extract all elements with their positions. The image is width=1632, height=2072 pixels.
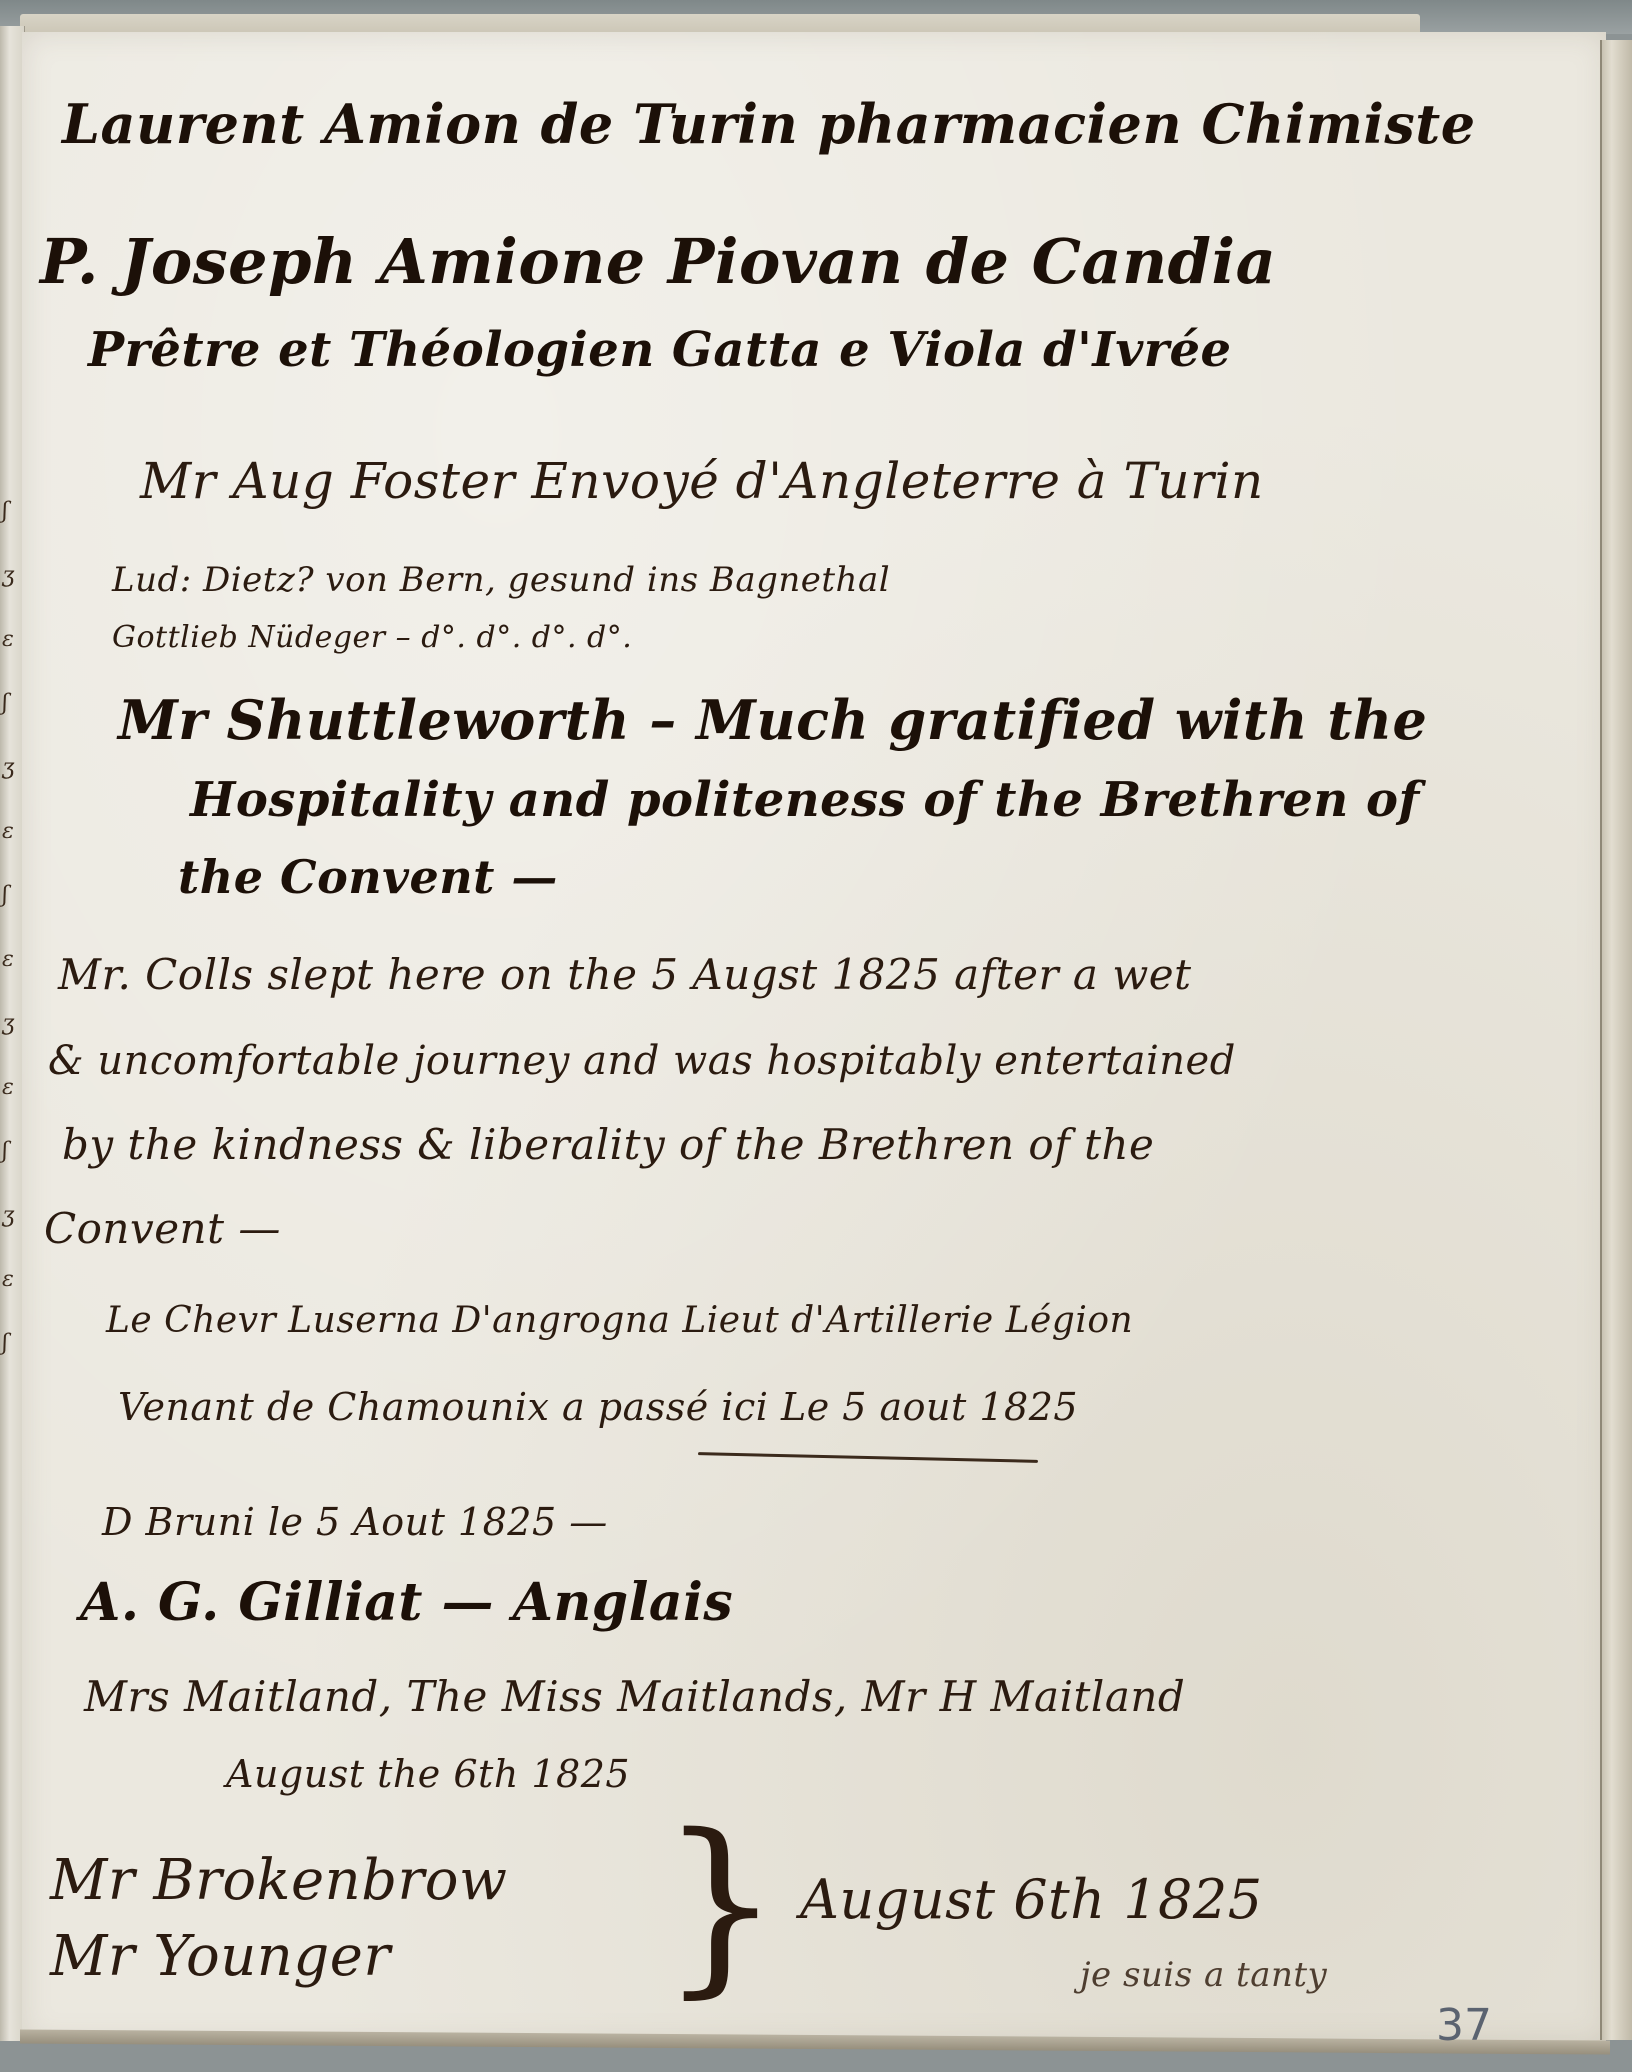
entry-gilliat-line-1: A. G. Gilliat — Anglais [80, 1572, 733, 1633]
entry-colls-line-1: Mr. Colls slept here on the 5 Augst 1825… [58, 950, 1192, 999]
entry-maitland-line-1: Mrs Maitland, The Miss Maitlands, Mr H M… [84, 1672, 1185, 1721]
entry-foster-line-1: Mr Aug Foster Envoyé d'Angleterre à Turi… [140, 452, 1264, 510]
entry-chevalier-line-2: Venant de Chamounix a passé ici Le 5 aou… [118, 1385, 1078, 1429]
entry-maitland-line-2: August the 6th 1825 [226, 1752, 630, 1796]
entry-amione-line-1: P. Joseph Amione Piovan de Candia [40, 225, 1276, 298]
entry-shuttleworth-line-3: the Convent — [178, 850, 558, 904]
entry-chevalier-line-1: Le Chevr Luserna D'angrogna Lieut d'Arti… [106, 1300, 1133, 1341]
entry-brokenbrow-name: Mr Brokenbrow [50, 1848, 507, 1913]
entry-bruni-line-1: D Bruni le 5 Aout 1825 — [102, 1500, 608, 1544]
entry-colls-line-2: & uncomfortable journey and was hospitab… [48, 1038, 1236, 1084]
entry-younger-name: Mr Younger [50, 1924, 391, 1989]
entry-german-line-2: Gottlieb Nüdeger – d°. d°. d°. d°. [112, 620, 632, 655]
facing-page-marks: ʃʒɛʃʒɛʃɛʒɛʃʒɛʃ [2, 480, 20, 1380]
entry-signature-line-1: je suis a tanty [1080, 1955, 1327, 1995]
entry-amione-line-2: Prêtre et Théologien Gatta e Viola d'Ivr… [88, 322, 1232, 378]
grouping-brace: } [660, 1810, 781, 2000]
page-number: 37 [1436, 2000, 1492, 2051]
entry-brokenbrow-date: August 6th 1825 [800, 1868, 1263, 1931]
entry-amion-line-1: Laurent Amion de Turin pharmacien Chimis… [62, 92, 1476, 156]
entry-german-line-1: Lud: Dietz? von Bern, gesund ins Bagneth… [112, 560, 890, 600]
entry-colls-line-4: Convent — [44, 1204, 281, 1253]
entry-colls-line-3: by the kindness & liberality of the Bret… [62, 1120, 1154, 1169]
right-page-edge [1600, 40, 1632, 2040]
entry-shuttleworth-line-1: Mr Shuttleworth – Much gratified with th… [118, 688, 1427, 752]
entry-shuttleworth-line-2: Hospitality and politeness of the Brethr… [190, 772, 1420, 828]
